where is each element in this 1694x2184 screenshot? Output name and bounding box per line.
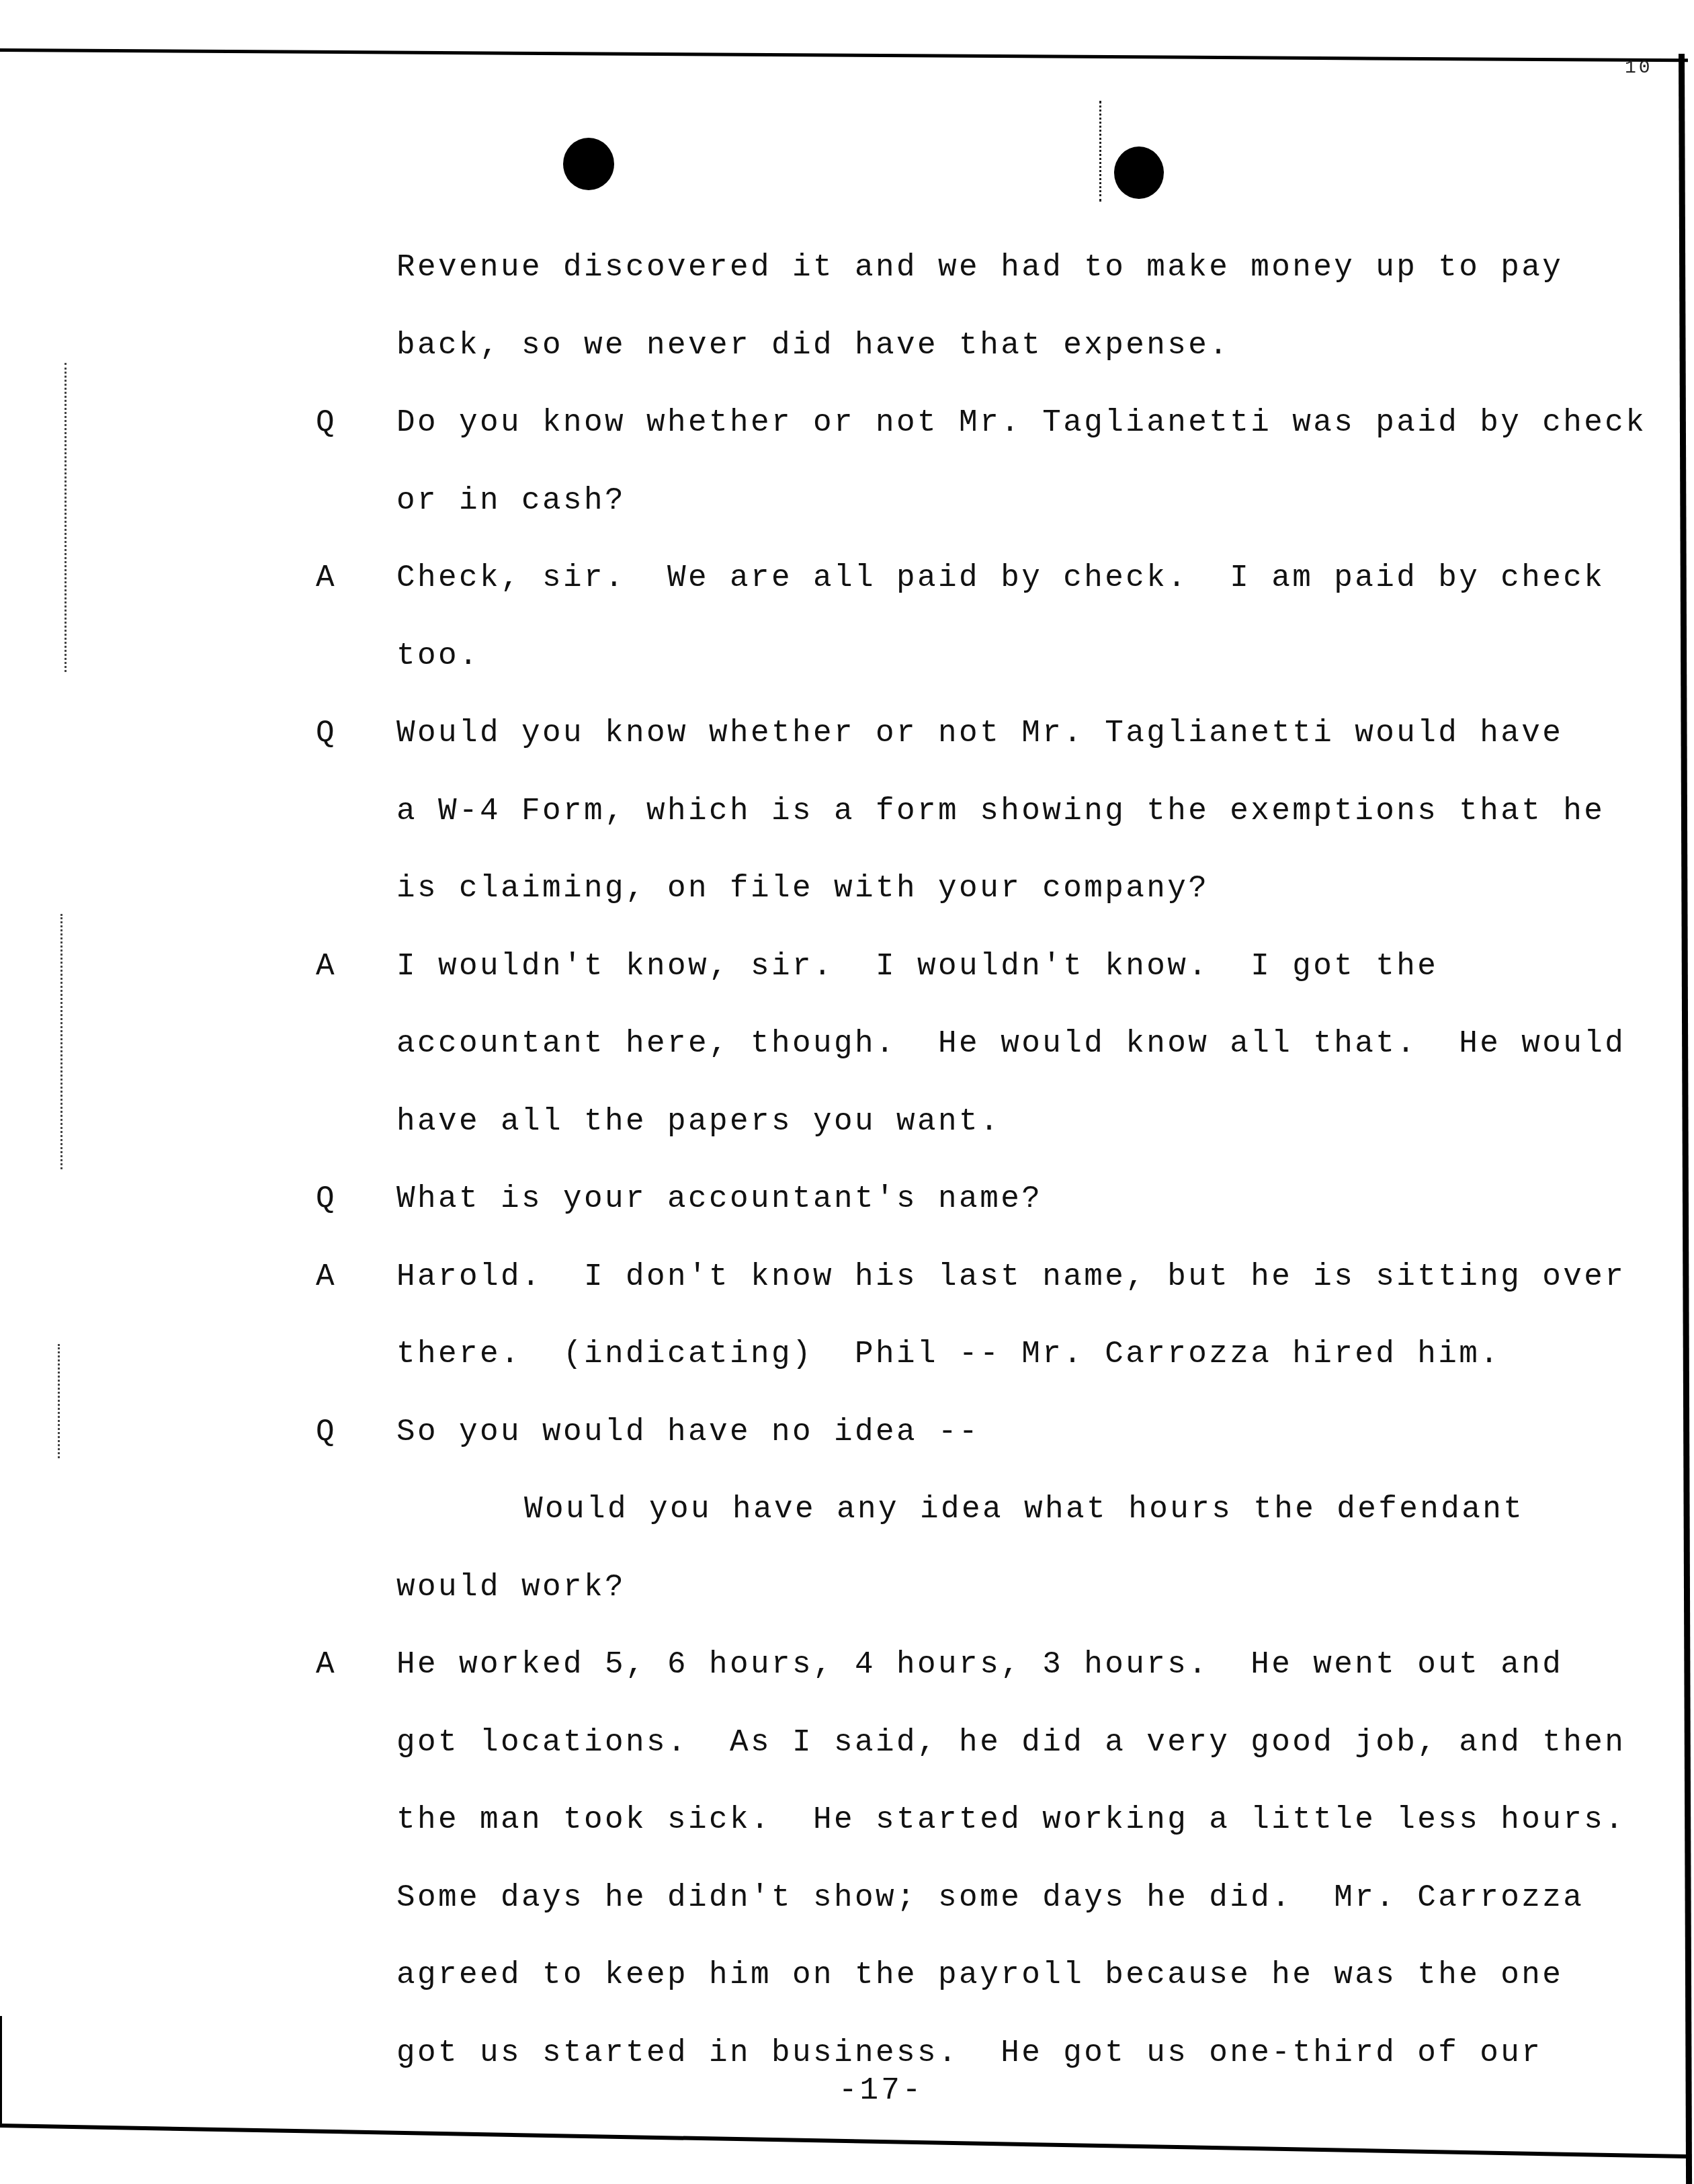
question-line: QWould you know whether or not Mr. Tagli… (0, 713, 1694, 753)
corner-mark: 10 (1625, 58, 1653, 79)
line-text: would work? (396, 1567, 626, 1607)
line-text: back, so we never did have that expense. (396, 325, 1230, 366)
fold-line (1099, 101, 1103, 202)
transcript-line: a W-4 Form, which is a form showing the … (0, 791, 1694, 831)
transcript-line: got locations. As I said, he did a very … (0, 1722, 1694, 1763)
answer-line: AHe worked 5, 6 hours, 4 hours, 3 hours.… (0, 1644, 1694, 1685)
transcript-line: agreed to keep him on the payroll becaus… (0, 1955, 1694, 1995)
line-text: Revenue discovered it and we had to make… (396, 247, 1563, 288)
transcript-line: is claiming, on file with your company? (0, 868, 1694, 909)
line-text: agreed to keep him on the payroll becaus… (396, 1955, 1563, 1995)
line-text: Would you know whether or not Mr. Taglia… (396, 713, 1563, 753)
transcript-line: there. (indicating) Phil -- Mr. Carrozza… (0, 1334, 1694, 1374)
speaker-label: A (316, 558, 337, 598)
line-text: So you would have no idea -- (396, 1412, 980, 1452)
answer-line: ACheck, sir. We are all paid by check. I… (0, 558, 1694, 598)
punch-hole-icon (563, 138, 614, 190)
speaker-label: A (316, 1257, 337, 1297)
transcript-line: Would you have any idea what hours the d… (0, 1489, 1694, 1529)
line-text: accountant here, though. He would know a… (396, 1023, 1625, 1064)
line-text: have all the papers you want. (396, 1101, 1001, 1142)
transcript-line: Some days he didn't show; some days he d… (0, 1878, 1694, 1918)
question-line: QWhat is your accountant's name? (0, 1179, 1694, 1219)
page-border-bottom (0, 2124, 1687, 2158)
line-text: I wouldn't know, sir. I wouldn't know. I… (396, 946, 1438, 986)
transcript-line: got us started in business. He got us on… (0, 2033, 1694, 2073)
line-text: Some days he didn't show; some days he d… (396, 1878, 1584, 1918)
speaker-label: Q (316, 403, 337, 443)
transcript-line: back, so we never did have that expense. (0, 325, 1694, 366)
line-text: Harold. I don't know his last name, but … (396, 1257, 1625, 1297)
line-text: a W-4 Form, which is a form showing the … (396, 791, 1605, 831)
transcript-line: or in cash? (0, 480, 1694, 521)
line-text: the man took sick. He started working a … (396, 1800, 1625, 1840)
line-text: Would you have any idea what hours the d… (524, 1489, 1524, 1529)
speaker-label: Q (316, 1179, 337, 1219)
speaker-label: Q (316, 1412, 337, 1452)
line-text: Check, sir. We are all paid by check. I … (396, 558, 1605, 598)
speaker-label: A (316, 1644, 337, 1685)
punch-hole-icon (1114, 146, 1164, 199)
speaker-label: Q (316, 713, 337, 753)
line-text: What is your accountant's name? (396, 1179, 1042, 1219)
question-line: QDo you know whether or not Mr. Tagliane… (0, 403, 1694, 443)
answer-line: AHarold. I don't know his last name, but… (0, 1257, 1694, 1297)
transcript-line: have all the papers you want. (0, 1101, 1694, 1142)
speaker-label: A (316, 946, 337, 986)
transcript-line: the man took sick. He started working a … (0, 1800, 1694, 1840)
line-text: there. (indicating) Phil -- Mr. Carrozza… (396, 1334, 1500, 1374)
page-border-top (0, 48, 1688, 62)
line-text: got us started in business. He got us on… (396, 2033, 1542, 2073)
page-number: -17- (839, 2073, 923, 2108)
answer-line: AI wouldn't know, sir. I wouldn't know. … (0, 946, 1694, 986)
line-text: too. (396, 636, 480, 676)
transcript-line: accountant here, though. He would know a… (0, 1023, 1694, 1064)
transcript-line: too. (0, 636, 1694, 676)
document-page: 10 Revenue discovered it and we had to m… (0, 0, 1694, 2184)
line-text: got locations. As I said, he did a very … (396, 1722, 1625, 1763)
line-text: is claiming, on file with your company? (396, 868, 1209, 909)
line-text: He worked 5, 6 hours, 4 hours, 3 hours. … (396, 1644, 1563, 1685)
transcript-line: would work? (0, 1567, 1694, 1607)
line-text: Do you know whether or not Mr. Taglianet… (396, 403, 1646, 443)
transcript-line: Revenue discovered it and we had to make… (0, 247, 1694, 288)
line-text: or in cash? (396, 480, 626, 521)
question-line: QSo you would have no idea -- (0, 1412, 1694, 1452)
